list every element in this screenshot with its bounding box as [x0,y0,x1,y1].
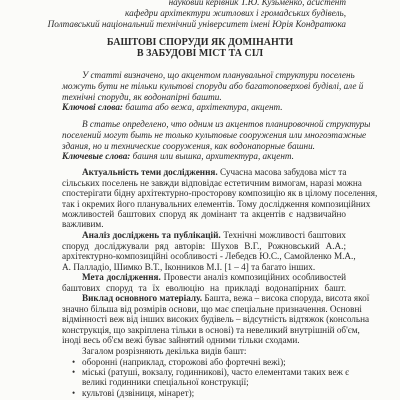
analysis-line: А. Палладіо, Шимко В.Т., Іконников М.І. … [62,262,315,272]
keywords-ru-label: Ключевые слова: [62,151,130,161]
main-line: іноді весь об'єм вежі буває зайнятий одн… [62,335,300,345]
relevance-line: спостерігати бідну архітектурно-просторо… [62,188,346,198]
tower-types-intro: Загалом розрізняють декілька видів башт: [82,346,246,356]
main-line: відмінності веж від інших високих будіве… [62,314,346,324]
keywords-ru: Ключевые слова: башня или вышка, архитек… [62,151,294,161]
main-line: значно більша від розмірів основи, що ма… [62,304,346,314]
main-first-line: Виклад основного матеріалу. Башта, вежа … [82,293,346,303]
bullet-icon: • [72,367,75,377]
analysis-heading: Аналіз досліджень та публікацій. [82,230,221,240]
relevance-line: сільських поселень не завжди відповідає … [62,178,346,188]
supervisor-line: науковий керівник Т.Ю. Кузьменко, асисте… [169,0,346,7]
bullet-icon: • [72,357,75,367]
list-item-continuation: великі годинники спеціальної конструкції… [82,377,249,387]
abstract-ua-line: можуть бути не тільки культові споруди а… [62,81,363,91]
relevance-line: важливим. [62,219,104,229]
article-title-line-2: В ЗАБУДОВІ МІСТ ТА СІЛ [0,49,400,59]
list-item: культові (дзвіниця, мінарет); [82,388,194,398]
keywords-ua-label: Ключові слова: [62,102,123,112]
list-item: оборонні (наприклад, сторожові або форте… [82,357,286,367]
abstract-ru-line: здания, но и технические сооружения, как… [62,141,315,151]
goal-text: Провести аналіз композиційних особливост… [161,272,346,282]
article-title-line-1: БАШТОВІ СПОРУДИ ЯК ДОМІНАНТИ [0,38,400,48]
relevance-heading: Актуальність теми дослідження. [82,167,218,177]
keywords-ua: Ключові слова: башта або вежа, архітекту… [62,102,283,112]
main-line: конструкція, що закріплена тільки в осно… [62,325,346,335]
abstract-ru-line: В статье определено, что одним из акцент… [82,119,370,129]
analysis-first-line: Аналіз досліджень та публікацій. Технічн… [82,230,346,240]
department-line: кафедри архітектури житлових і громадськ… [125,8,346,18]
analysis-line: архітектурно-композиційні особливості - … [62,251,346,261]
keywords-ru-value: башня или вышка, архитектура, акцент. [130,151,294,161]
relevance-line: можливостей баштових споруд як домінант … [62,209,346,219]
main-heading: Виклад основного матеріалу. [82,293,202,303]
analysis-line: споруд досліджували ряд авторів: Шухов В… [62,241,346,251]
list-item: міські (ратуші, вокзалу, годинникові), ч… [82,367,346,377]
analysis-text: Технічні можливості баштових [221,230,346,240]
relevance-text: Сучасна масова забудова міст та [218,167,347,177]
abstract-ru-line: поселений могут быть не только культовые… [62,130,366,140]
relevance-first-line: Актуальність теми дослідження. Сучасна м… [82,167,346,177]
relevance-line: так і окремих його планувальних елементі… [62,199,346,209]
abstract-ua-line: У статті визначено, що акцентом планувал… [82,70,355,80]
goal-first-line: Мета дослідження. Провести аналіз композ… [82,272,346,282]
university-line: Полтавський національний технічний уніве… [48,19,346,29]
bullet-icon: • [72,388,75,398]
abstract-ua-line: технічні споруди, як водонапірні башти. [62,92,222,102]
goal-heading: Мета дослідження. [82,272,161,282]
keywords-ua-value: башта або вежа, архітектура, акцент. [123,102,283,112]
main-text: Башта, вежа – висока споруда, висота яко… [202,293,369,303]
goal-line: баштових споруд та їх еволюцію на прикла… [62,283,346,293]
document-page: науковий керівник Т.Ю. Кузьменко, асисте… [0,0,400,400]
